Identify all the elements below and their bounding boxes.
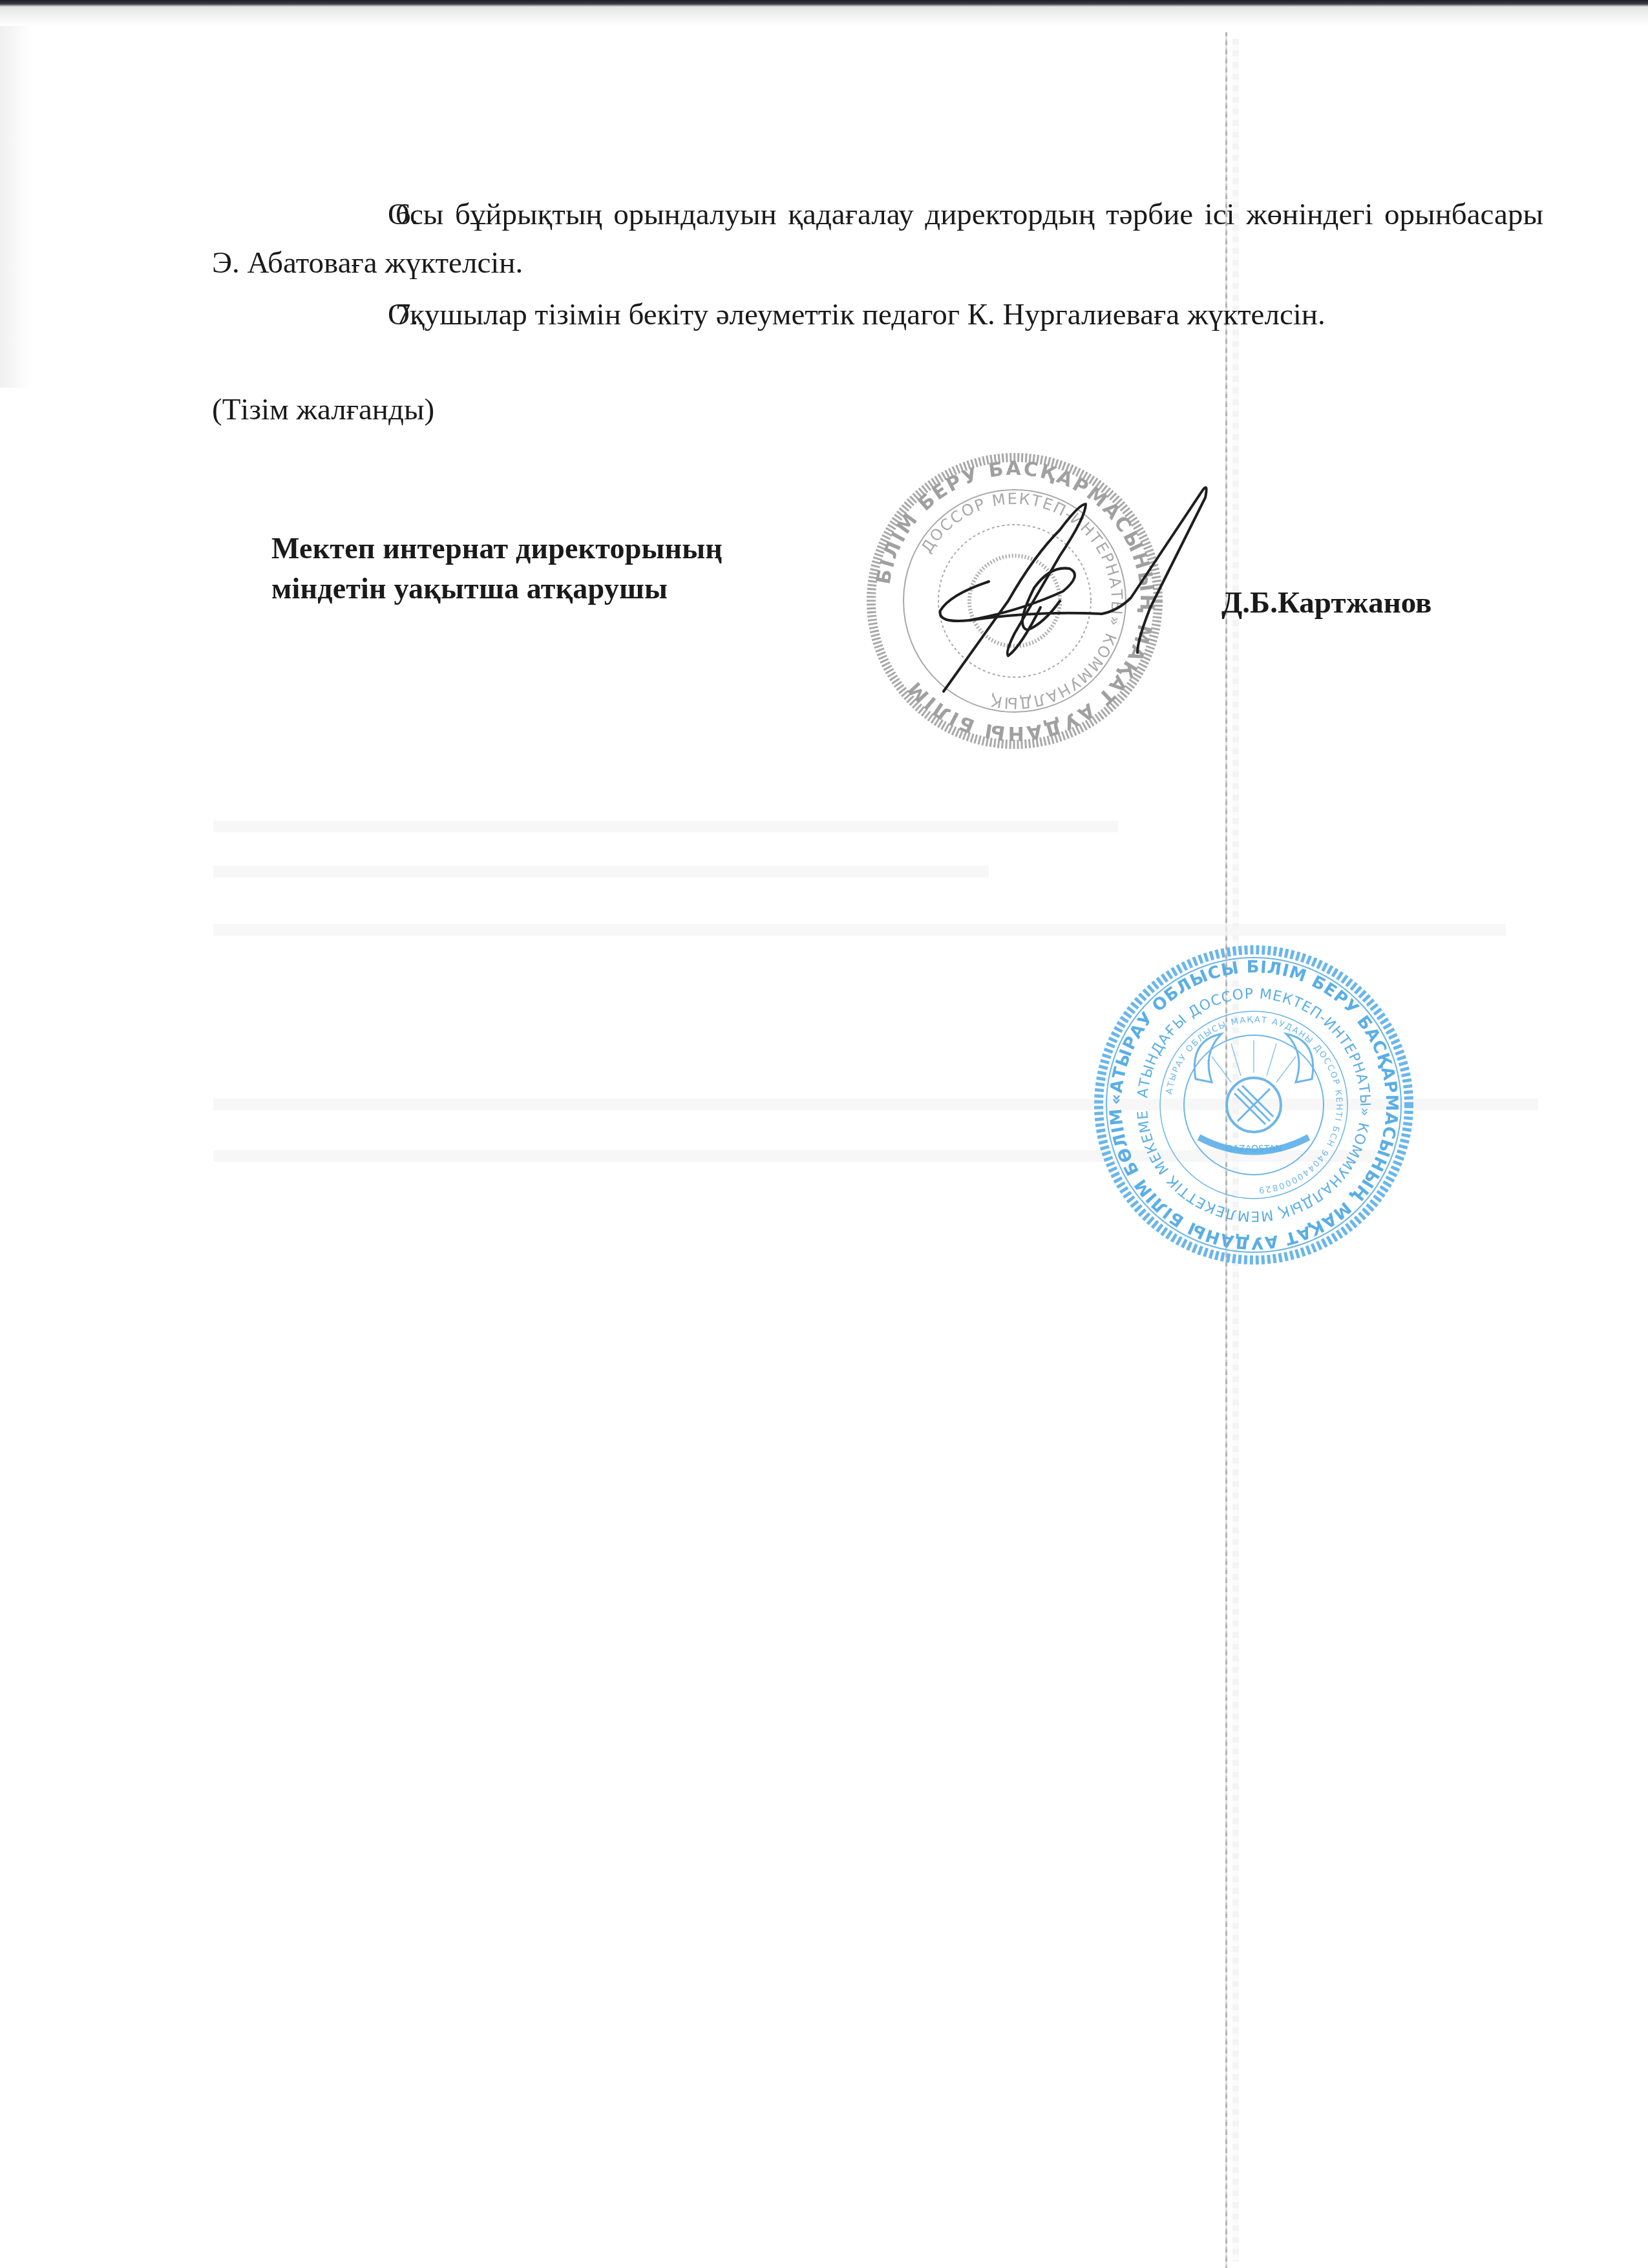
handwritten-signature bbox=[931, 478, 1241, 698]
paragraph-number: 6. bbox=[304, 191, 388, 239]
order-paragraph-6: 6.Осы бұйрықтың орындалуын қадағалау дир… bbox=[212, 191, 1543, 288]
bleed-through-text bbox=[213, 924, 1506, 936]
bleed-through-text bbox=[213, 866, 989, 877]
order-paragraph-7: 7.Оқушылар тізімін бекіту әлеуметтік пед… bbox=[212, 291, 1543, 339]
paragraph-text: Осы бұйрықтың орындалуын қадағалау дирек… bbox=[212, 198, 1543, 280]
signatory-name: Д.Б.Картжанов bbox=[1221, 585, 1431, 620]
signatory-title-line-2: міндетін уақытша атқарушы bbox=[271, 569, 723, 609]
official-seal-blue: «АТЫРАУ ОБЛЫСЫ БІЛІМ БЕРУ БАСҚАРМАСЫНЫҢ … bbox=[1092, 943, 1415, 1266]
page-corner-fold bbox=[0, 26, 31, 388]
continuation-note: (Тізім жалғанды) bbox=[212, 386, 434, 434]
bleed-through-text bbox=[213, 821, 1118, 832]
signatory-title-line-1: Мектеп интернат директорының bbox=[271, 529, 723, 569]
paragraph-number: 7. bbox=[304, 291, 388, 339]
signatory-title: Мектеп интернат директорының міндетін уа… bbox=[271, 529, 723, 609]
scanner-edge bbox=[0, 0, 1648, 6]
emblem-label: QAZAQSTAN bbox=[1226, 1144, 1282, 1154]
scanner-shadow bbox=[0, 6, 1648, 26]
paragraph-text: Оқушылар тізімін бекіту әлеуметтік педаг… bbox=[388, 298, 1326, 331]
